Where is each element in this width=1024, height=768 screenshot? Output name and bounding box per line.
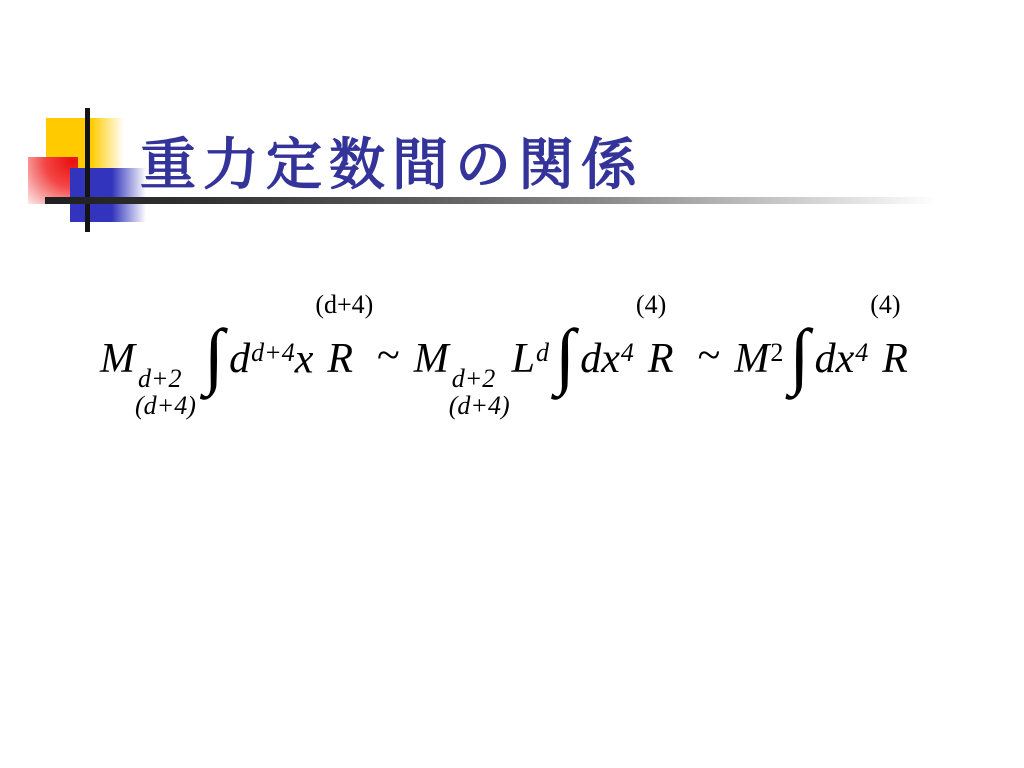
term-M3-base: M <box>734 336 769 382</box>
term-R2-base: R <box>648 336 674 382</box>
term-L-base: L <box>512 336 535 382</box>
term-dx3-base: dx <box>815 336 855 382</box>
term-dx3: dx4 <box>815 336 869 382</box>
term-dx2: dx4 <box>580 336 634 382</box>
term-R1-base: R <box>327 336 353 382</box>
term-M2-base: M <box>414 336 449 382</box>
term-d-base: d <box>229 336 250 382</box>
term-M3: M2 <box>734 336 783 382</box>
term-dx2-superscript: 4 <box>621 338 634 367</box>
term-L: Ld <box>512 336 549 382</box>
slide: 重力定数間の関係 Md+2(d+4)∫dd+4x(d+4)R~Md+2(d+4)… <box>0 0 1024 768</box>
term-M1-scripts: d+2(d+4) <box>138 366 196 419</box>
similarity-operator-1: ~ <box>377 333 400 379</box>
term-R2-overscript: (4) <box>636 292 666 318</box>
slide-title: 重力定数間の関係 <box>140 121 644 201</box>
term-dx2-base: dx <box>580 336 620 382</box>
term-M1-subscript: (d+4) <box>135 393 196 419</box>
term-d-superscript: d+4 <box>251 338 295 367</box>
term-R1-overscript: (d+4) <box>315 292 373 318</box>
term-R3: (4)R <box>882 335 908 383</box>
term-M2-subscript: (d+4) <box>449 393 510 419</box>
term-R2: (4)R <box>648 335 674 383</box>
term-R3-base: R <box>882 336 908 382</box>
term-d: dd+4 <box>229 336 295 382</box>
term-M1: Md+2(d+4) <box>100 336 198 382</box>
term-x: x <box>295 336 314 382</box>
term-M3-superscript: 2 <box>770 338 783 367</box>
term-M2-superscript: d+2 <box>452 366 496 392</box>
decor-blue-square <box>70 168 146 222</box>
term-R3-overscript: (4) <box>870 292 900 318</box>
term-L-superscript: d <box>536 338 549 367</box>
term-dx3-superscript: 4 <box>855 338 868 367</box>
term-M2-scripts: d+2(d+4) <box>452 366 510 419</box>
term-R1: (d+4)R <box>327 335 353 383</box>
term-M1-superscript: d+2 <box>138 366 182 392</box>
integral-sign-3: ∫ <box>789 315 809 397</box>
integral-sign-1: ∫ <box>204 315 224 397</box>
similarity-operator-2: ~ <box>698 333 721 379</box>
integral-sign-2: ∫ <box>555 315 575 397</box>
equation: Md+2(d+4)∫dd+4x(d+4)R~Md+2(d+4)Ld∫dx4(4)… <box>100 332 908 419</box>
decor-vertical-line <box>85 108 90 232</box>
term-M2: Md+2(d+4) <box>414 336 512 382</box>
term-M1-base: M <box>100 336 135 382</box>
